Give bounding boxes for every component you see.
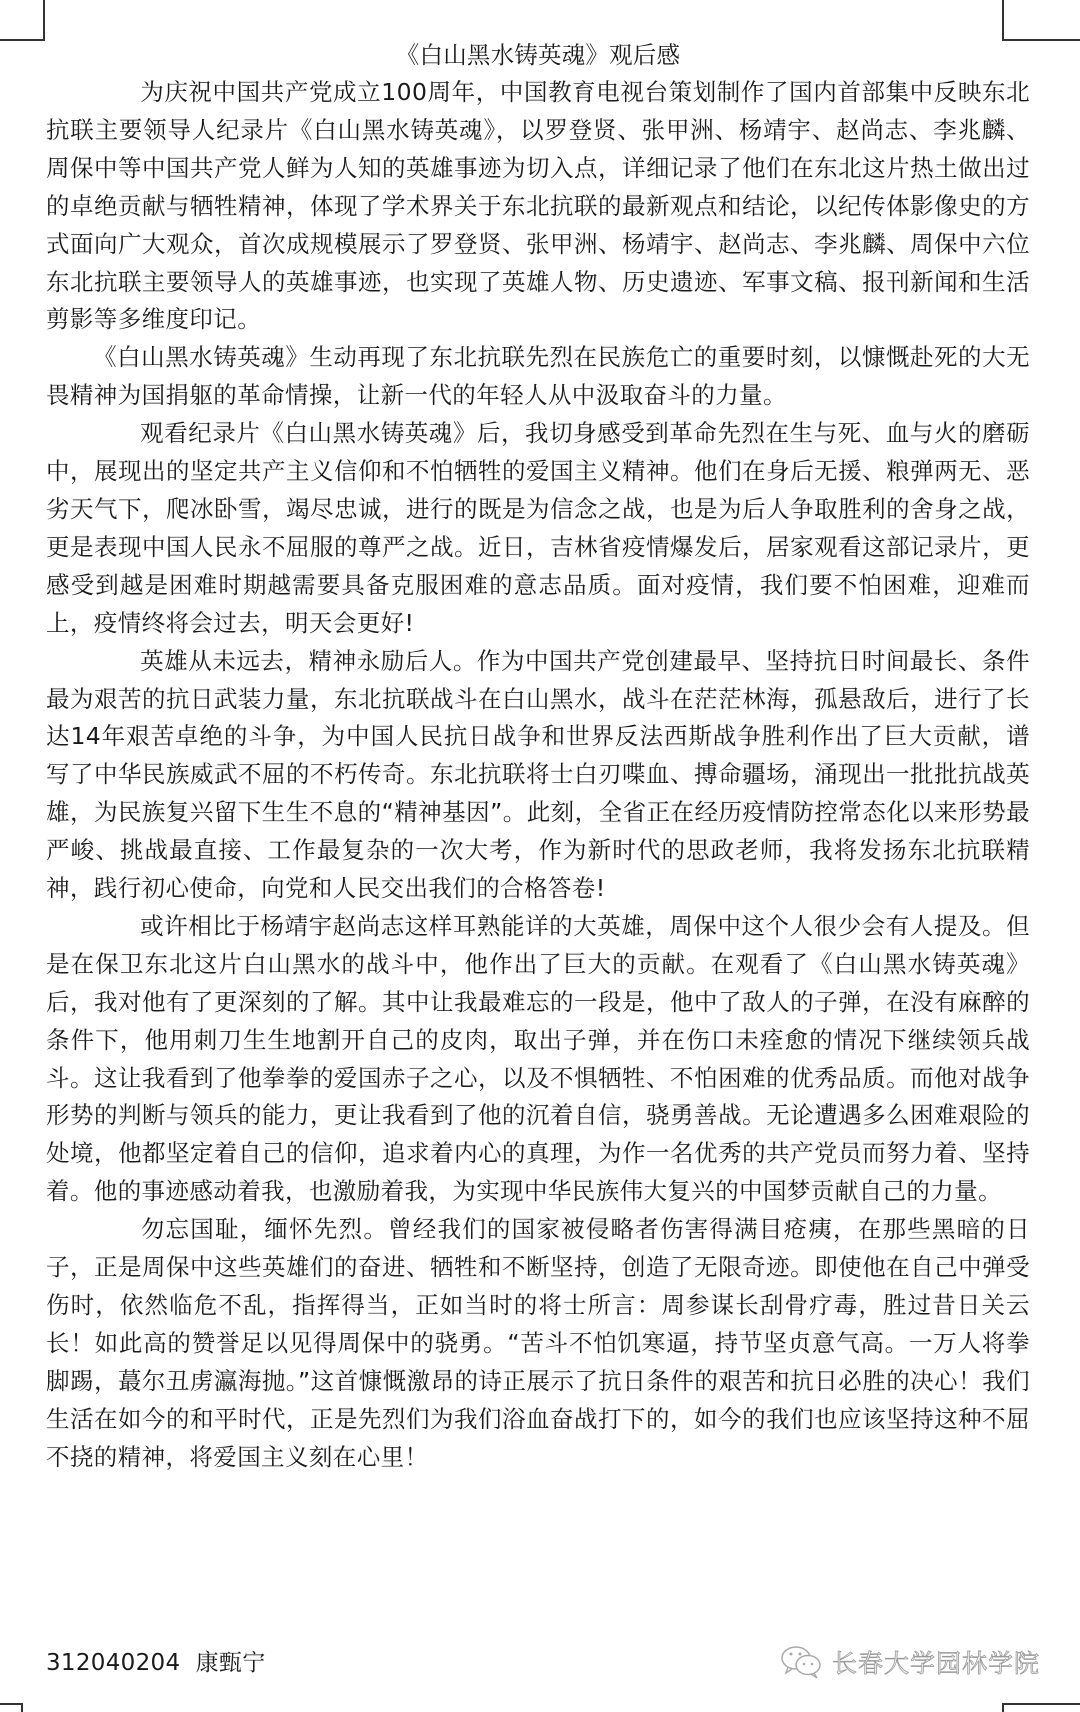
crop-mark-top-left [0, 0, 45, 41]
paragraph-text: 英雄从未远去，精神永励后人。作为中国共产党创建最早、坚持抗日时间最长、条件最为艰… [46, 647, 1030, 902]
paragraph: 英雄从未远去，精神永励后人。作为中国共产党创建最早、坚持抗日时间最长、条件最为艰… [46, 643, 1030, 908]
paragraph: 为庆祝中国共产党成立100周年，中国教育电视台策划制作了国内首部集中反映东北抗联… [46, 74, 1030, 339]
crop-mark-bottom-right [1002, 1703, 1080, 1712]
author-id-name: 312040204 康甄宁 [46, 1644, 266, 1677]
paragraph: 《白山黑水铸英魂》生动再现了东北抗联先烈在民族危亡的重要时刻，以慷慨赴死的大无畏… [46, 339, 1030, 415]
paragraph-text: 为庆祝中国共产党成立100周年，中国教育电视台策划制作了国内首部集中反映东北抗联… [46, 78, 1030, 333]
watermark: 长春大学园林学院 [780, 1644, 1040, 1680]
paragraph-text: 观看纪录片《白山黑水铸英魂》后，我切身感受到革命先烈在生与死、血与火的磨砺中，展… [46, 419, 1030, 637]
document-title: 《白山黑水铸英魂》观后感 [46, 36, 1030, 74]
watermark-text: 长春大学园林学院 [832, 1644, 1040, 1680]
paragraph: 观看纪录片《白山黑水铸英魂》后，我切身感受到革命先烈在生与死、血与火的磨砺中，展… [46, 415, 1030, 642]
paragraph-text: 《白山黑水铸英魂》生动再现了东北抗联先烈在民族危亡的重要时刻，以慷慨赴死的大无畏… [46, 343, 1030, 409]
paragraph-text: 勿忘国耻，缅怀先烈。曾经我们的国家被侵略者伤害得满目疮痍，在那些黑暗的日子，正是… [46, 1215, 1030, 1470]
paragraph: 勿忘国耻，缅怀先烈。曾经我们的国家被侵略者伤害得满目疮痍，在那些黑暗的日子，正是… [46, 1211, 1030, 1476]
crop-mark-bottom-left [0, 1703, 23, 1712]
wechat-icon [780, 1644, 824, 1680]
paragraph-text: 或许相比于杨靖宇赵尚志这样耳熟能详的大英雄，周保中这个人很少会有人提及。但是在保… [46, 912, 1030, 1205]
document-body: 《白山黑水铸英魂》观后感 为庆祝中国共产党成立100周年，中国教育电视台策划制作… [46, 36, 1030, 1477]
paragraph: 或许相比于杨靖宇赵尚志这样耳熟能详的大英雄，周保中这个人很少会有人提及。但是在保… [46, 908, 1030, 1211]
crop-mark-top-right [1002, 0, 1080, 41]
